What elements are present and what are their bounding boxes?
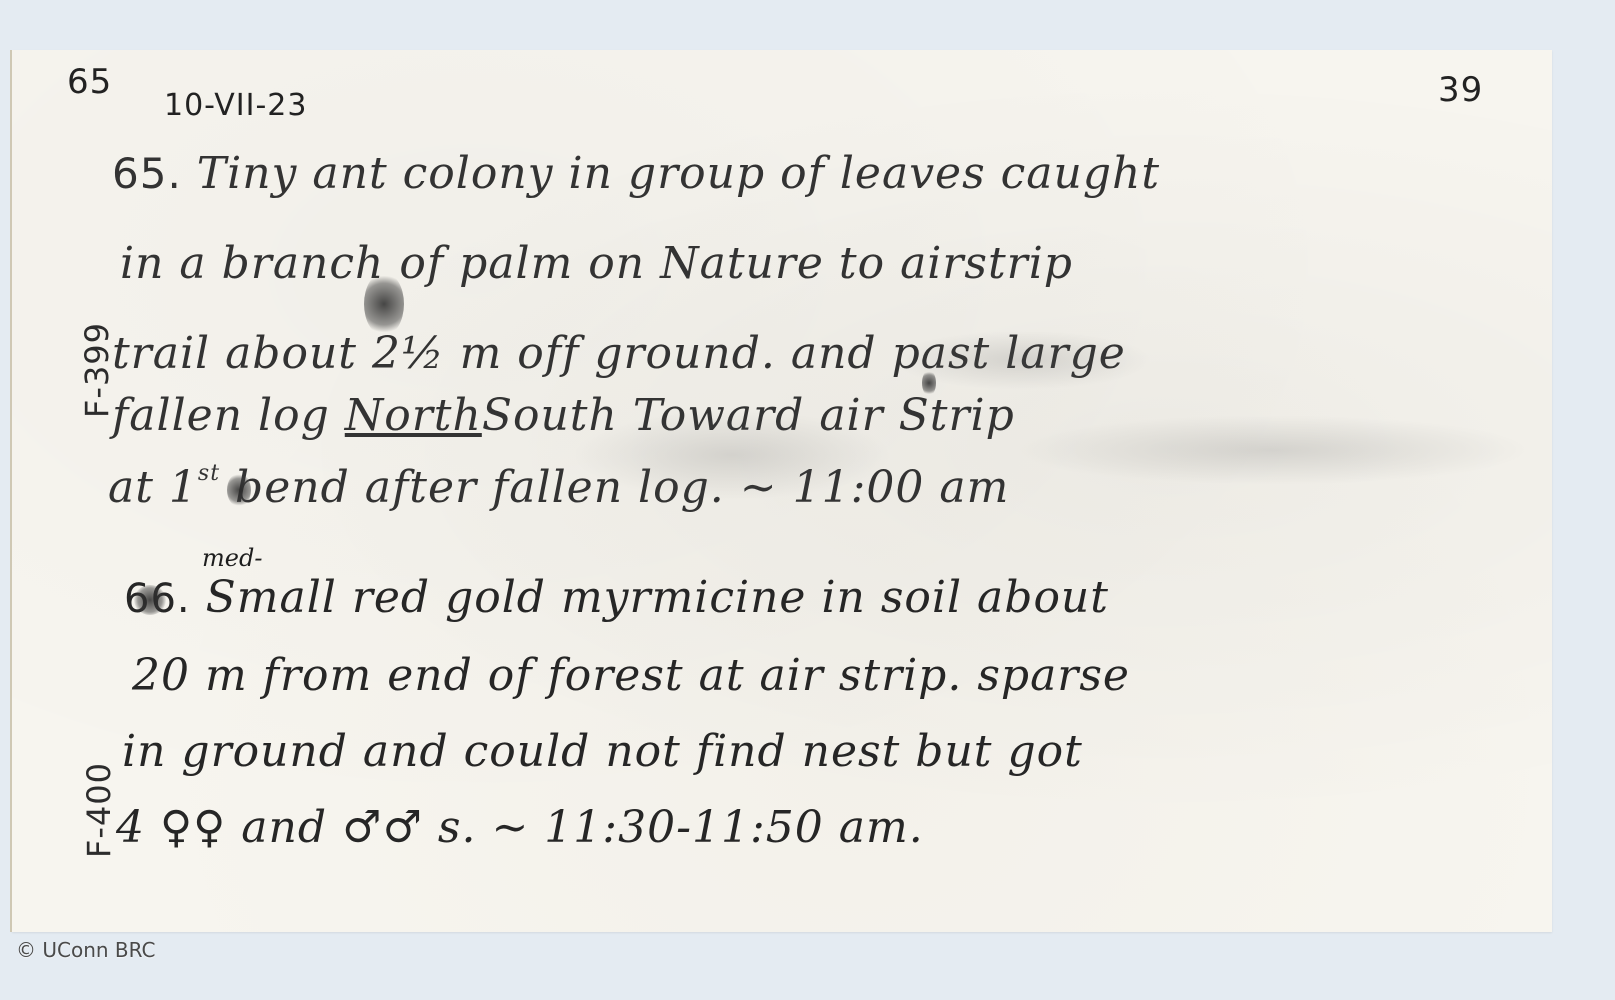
copyright-watermark: © UConn BRC: [16, 938, 156, 962]
entry-66: 66. Small red gold myrmicine in soil abo…: [124, 572, 1109, 623]
field-note-card: 65 39 10-VII-23 F-399 F-400 65. Tiny ant…: [12, 50, 1552, 932]
ink-blot: [134, 585, 166, 615]
water-stain: [1012, 415, 1532, 485]
ordinal-suffix: st: [198, 461, 220, 486]
entry-line: 4 ♀♀ and ♂♂ s. ~ 11:30-11:50 am.: [116, 802, 924, 853]
entry-line-with-correction: fallen log NorthSouth Toward air Strip: [112, 390, 1015, 441]
water-stain: [892, 330, 1152, 390]
margin-note-specimen-f400: F-400: [80, 762, 118, 858]
entry-line: fallen log: [112, 390, 330, 441]
insertion-med: med-: [202, 544, 262, 572]
date-label: 10-VII-23: [164, 88, 307, 123]
entry-line: Small red gold myrmicine in soil about: [206, 572, 1109, 623]
page-number-top-right: 39: [1438, 70, 1483, 110]
entry-text: at 1: [108, 462, 198, 513]
struck-word: North: [345, 390, 482, 441]
entry-65: 65. Tiny ant colony in group of leaves c…: [112, 148, 1160, 199]
card-number-top-left: 65: [67, 62, 112, 102]
water-stain: [572, 410, 892, 500]
entry-number: 65.: [112, 149, 182, 198]
ink-blot: [227, 473, 251, 507]
entry-line: in a branch of palm on Nature to airstri…: [120, 238, 1073, 289]
entry-line: in ground and could not find nest but go…: [122, 726, 1083, 777]
entry-line: 20 m from end of forest at air strip. sp…: [132, 650, 1130, 701]
entry-line: Tiny ant colony in group of leaves caugh…: [197, 148, 1160, 199]
margin-note-specimen-f399: F-399: [78, 322, 116, 418]
ink-blot: [364, 272, 404, 336]
